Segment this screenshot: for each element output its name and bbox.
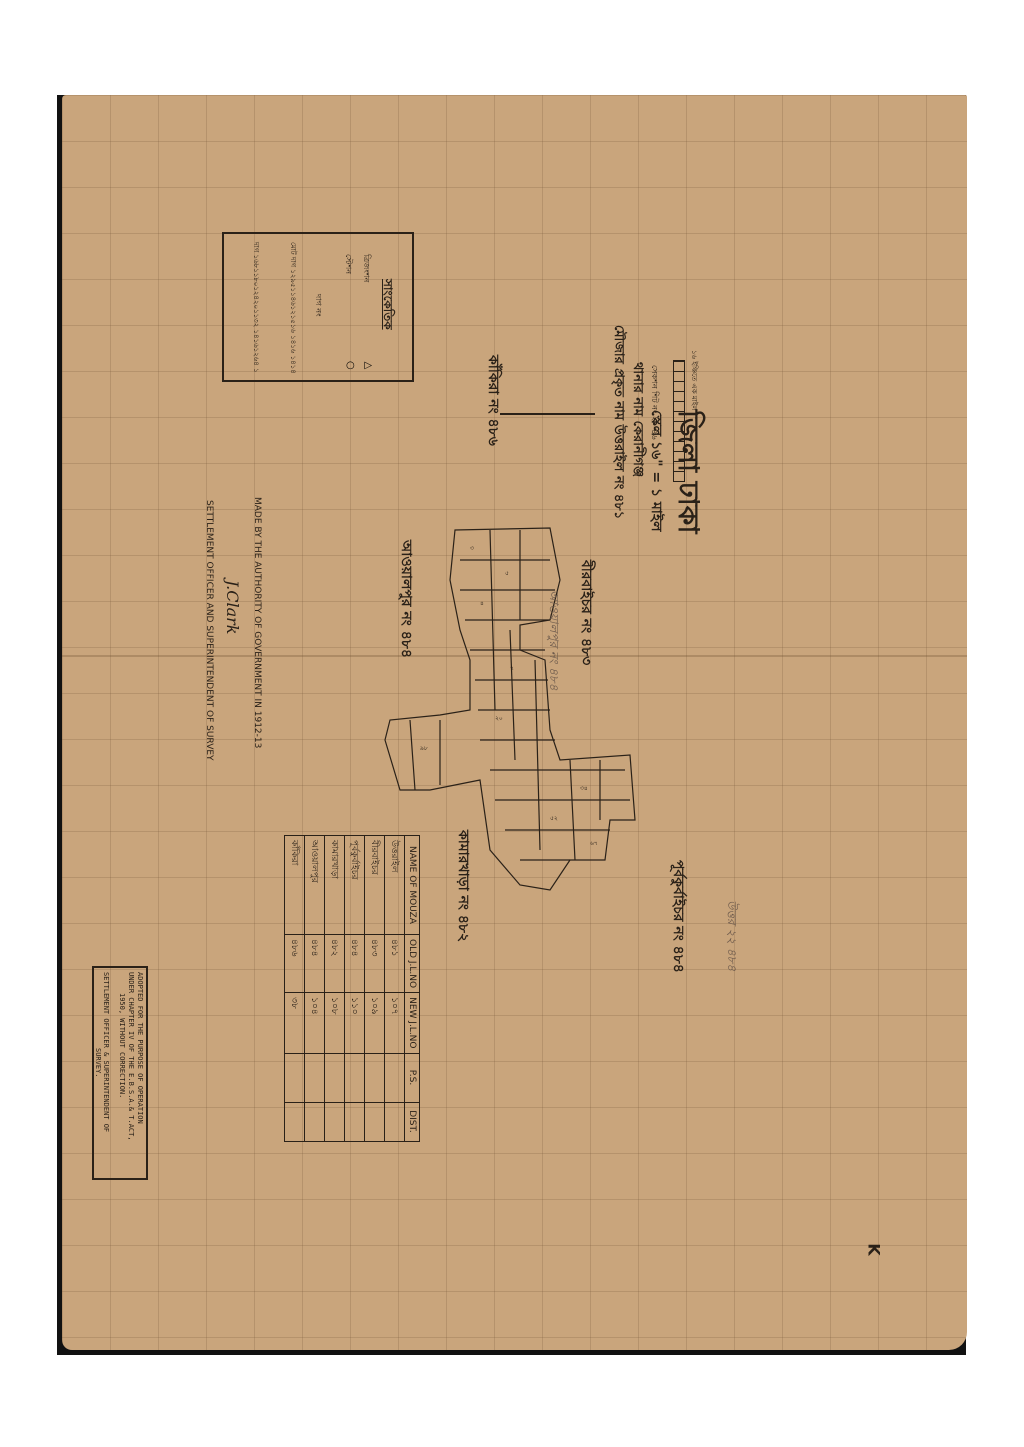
table-header-row: NAME OF MOUZA OLD J.L.NO NEW J.L.NO P.S.… [405, 836, 420, 1142]
table-row: কামারখাড়া৪৮২১০৮ [325, 836, 345, 1142]
authority-text: MADE BY THE AUTHORITY OF GOVERNMENT IN 1… [252, 497, 262, 748]
mouza-table: NAME OF MOUZA OLD J.L.NO NEW J.L.NO P.S.… [284, 835, 420, 1142]
svg-text:৭: ৭ [510, 665, 514, 672]
legend-box: সাংকেতিক ত্রিজংশন △ স্টেশন ○ দাগ নং মোট … [222, 232, 414, 382]
stamp-line-5: SURVEY. [94, 1048, 102, 1078]
triangle-icon: △ [362, 362, 373, 370]
svg-text:৩: ৩ [470, 545, 474, 552]
header-old-jl: OLD J.L.NO [405, 935, 420, 993]
district-title: জিলা ঢাকা [663, 410, 710, 533]
svg-text:৯৮: ৯৮ [420, 745, 428, 752]
scale-note: ১৬ ইঞ্চিতে এক মাইল [688, 350, 700, 411]
svg-text:৫: ৫ [505, 570, 509, 577]
svg-text:৫২: ৫২ [550, 815, 558, 822]
stamp-line-3: 1950, WITHOUT CORRECTION. [118, 993, 126, 1098]
table-row: উত্তরাইল৪৮১১০৭ [385, 836, 405, 1142]
legend-item-triangle: ত্রিজংশন [359, 254, 372, 282]
corner-mark: K [865, 1243, 884, 1255]
header-new-jl: NEW J.L.NO [405, 993, 420, 1053]
handwritten-note-1: আওয়ালপুর নং ৪৮৪ [542, 590, 562, 690]
header-name: NAME OF MOUZA [405, 836, 420, 935]
stamp-line-2: UNDER CHAPTER IV OF THE E.B.S.A.& T.ACT, [127, 972, 135, 1141]
table-row: কাঁকিরা৪৮৬৩৮ [285, 836, 305, 1142]
sheet-note: সেকশন শিট নং ২০-৪৬ [647, 365, 660, 440]
stamp-line-1: ADOPTED FOR THE PURPOSE OF OPERATION [136, 972, 144, 1124]
handwritten-note-2: উত্তর ২২ ৪৮৪ [720, 900, 740, 971]
scale-bar [673, 360, 685, 482]
table-row: আওয়ালপুর৪৮৪১০৪ [305, 836, 325, 1142]
north-arrow [500, 413, 595, 415]
adoption-stamp: ADOPTED FOR THE PURPOSE OF OPERATION UND… [92, 966, 148, 1180]
circle-icon: ○ [346, 360, 355, 371]
signature: J.Clark [223, 580, 242, 635]
svg-text:৬৭: ৬৭ [590, 840, 598, 847]
neighbor-west: কাঁকিরা নং ৪৮৬ [481, 355, 505, 446]
header-ps: P.S. [405, 1053, 420, 1102]
mouza-name: মৌজার প্রকৃত নাম উত্তরাইল নং ৪৮১ [607, 325, 628, 519]
legend-row4: মোট দাগ ১২৯৫১১৪৬১২১৫১৬ ১৪১৬ ১৪১৪ [287, 242, 299, 374]
header-dist: DIST. [405, 1102, 420, 1141]
legend-row5: দাগ ১৬৮১১৮০১২৪২০১১৩২ ১৪১৬১২৬৪ ১ [250, 242, 262, 373]
legend-row3: দাগ নং [311, 294, 324, 317]
legend-item-circle: স্টেশন [341, 254, 354, 274]
svg-text:৪: ৪ [480, 600, 484, 607]
officer-text: SETTLEMENT OFFICER AND SUPERINTENDENT OF… [204, 500, 214, 761]
svg-text:২০: ২০ [495, 715, 503, 722]
svg-text:৩৪: ৩৪ [580, 785, 588, 792]
stamp-line-4: SETTLEMENT OFFICER & SUPERINTENDENT OF [102, 972, 110, 1132]
table-row: পূর্বকুর্বাইচর৪৮৪১১০ [345, 836, 365, 1142]
legend-title: সাংকেতিক [376, 279, 396, 330]
mouza-table-wrap: NAME OF MOUZA OLD J.L.NO NEW J.L.NO P.S.… [284, 835, 420, 1142]
table-row: বীরবাইচর৪৮৩১০৯ [365, 836, 385, 1142]
